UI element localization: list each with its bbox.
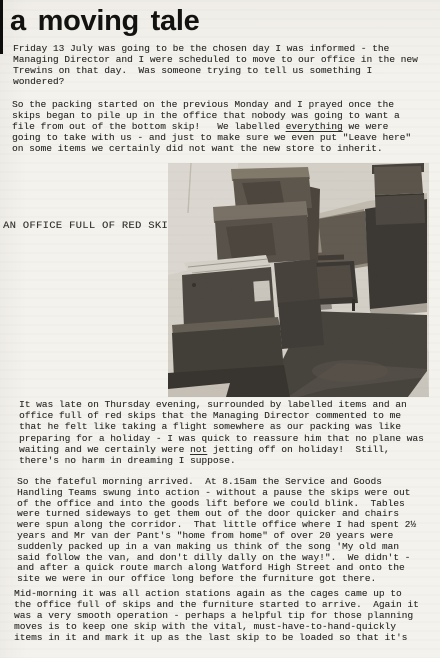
scan-edge-artifact [0,0,3,54]
office-skips-photo [168,163,429,397]
article-paragraph-2: So the packing started on the previous M… [12,99,411,154]
article-paragraph-1: Friday 13 July was going to be the chose… [13,43,418,87]
scanned-newsletter-page: a moving tale Friday 13 July was going t… [0,0,440,658]
article-title: a moving tale [10,5,199,38]
article-paragraph-4: So the fateful morning arrived. At 8.15a… [17,477,416,585]
photo-caption: AN OFFICE FULL OF RED SKIPS [3,220,181,232]
article-paragraph-3: It was late on Thursday evening, surroun… [19,399,424,466]
office-skips-photo-image [168,163,429,397]
article-paragraph-5: Mid-morning it was all action stations a… [14,589,419,644]
